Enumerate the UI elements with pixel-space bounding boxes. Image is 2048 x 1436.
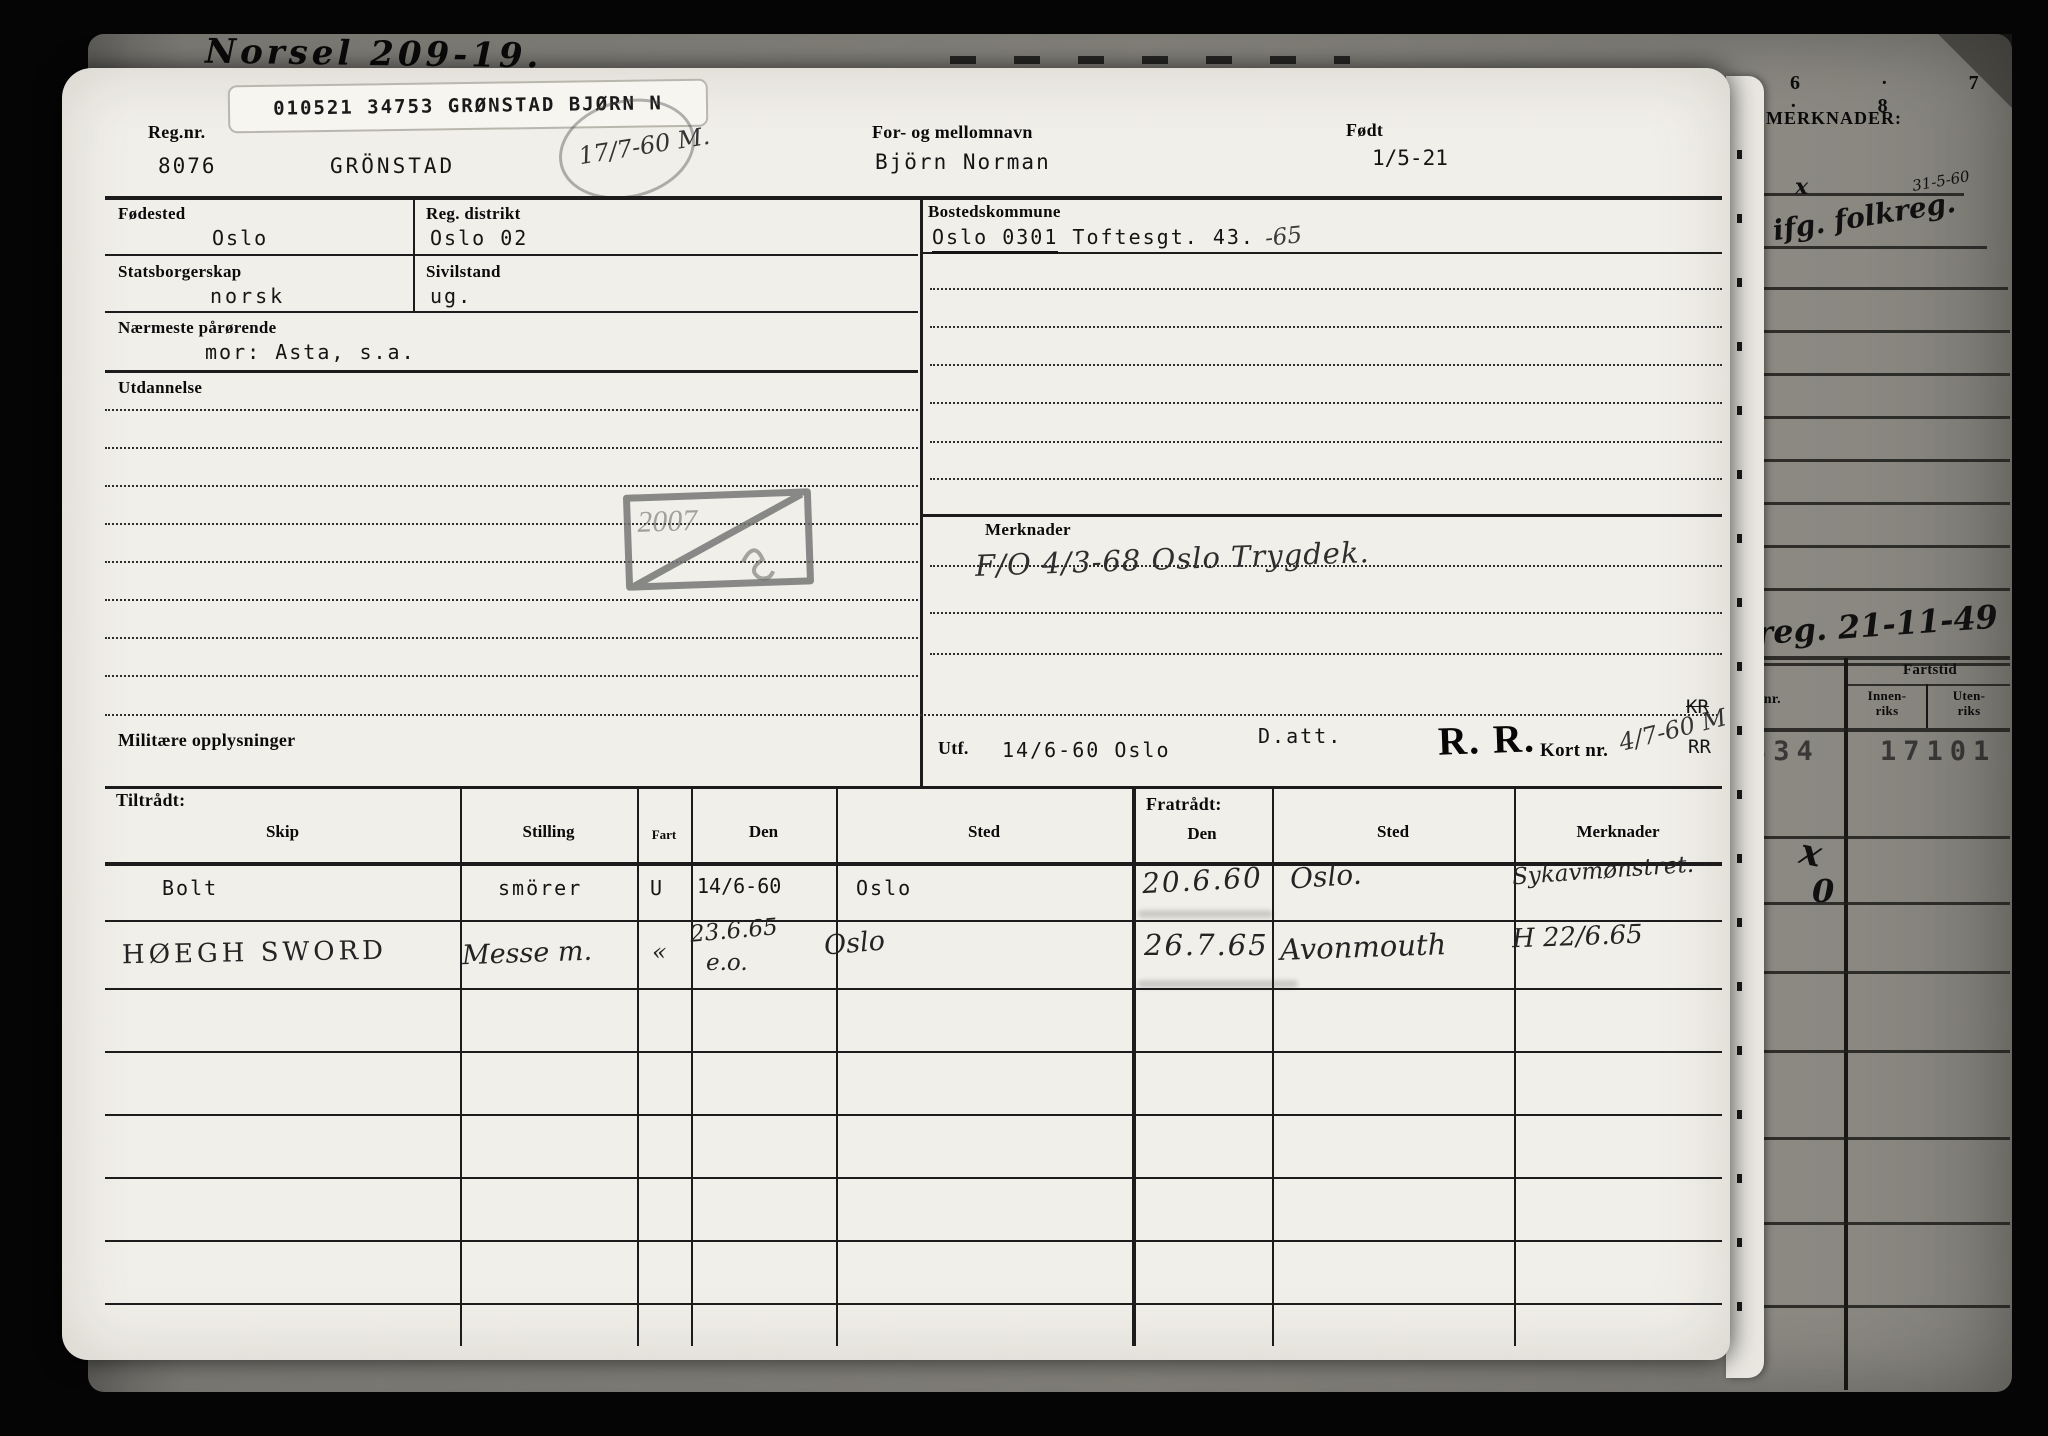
grid-line — [1926, 684, 1928, 728]
born-label: Født — [1346, 120, 1383, 141]
col-header-fratradt-den: Den — [1132, 824, 1272, 844]
table-row-line — [105, 1303, 1722, 1305]
col-header-stilling: Stilling — [460, 822, 637, 842]
pencil-smudge — [1138, 910, 1273, 918]
innenriks-label: Innen- riks — [1852, 688, 1922, 718]
row1-den: 14/6-60 — [697, 874, 781, 898]
datt-label: D.att. — [1258, 724, 1342, 748]
col-header-den: Den — [691, 822, 836, 842]
row1-skip: Bolt — [162, 876, 218, 900]
col-header-merknader: Merknader — [1514, 822, 1722, 842]
bosted-value-underlined: Oslo 0301 — [932, 225, 1058, 254]
ruled-line — [105, 311, 918, 313]
ruled-line — [105, 370, 918, 373]
stamped-number-right: 17101 — [1880, 736, 1996, 767]
ruled-line — [930, 612, 1722, 614]
utf-value: 14/6-60 Oslo — [1002, 738, 1171, 762]
ruled-line — [1848, 684, 2010, 686]
middle-card-edge-dashes — [1737, 150, 1742, 1340]
ruled-line — [1758, 545, 2010, 548]
rr-note: RR — [1688, 736, 1711, 758]
grid-line — [1758, 1137, 2010, 1140]
reg-distrikt-label: Reg. distrikt — [426, 204, 521, 224]
ruled-line — [930, 364, 1722, 366]
row2-sted: Oslo — [823, 925, 886, 961]
ruled-line — [1748, 728, 2010, 732]
scanned-register-card: Norsel 209-19. 6 · 7 · 8 MERKNADER: x 31… — [0, 0, 2048, 1436]
fratradt-label: Fratrådt: — [1146, 794, 1222, 815]
row1-stilling: smörer — [498, 876, 582, 900]
table-row-line — [105, 1114, 1722, 1116]
born-value: 1/5-21 — [1372, 146, 1448, 170]
grid-line — [1758, 971, 2010, 974]
ruled-line — [1758, 459, 2010, 462]
table-grid-line — [460, 786, 462, 1346]
fartstid-label: Fartstid — [1852, 662, 2008, 679]
row1-fratradt-den: 20.6.60 — [1141, 861, 1263, 900]
table-grid-line — [1272, 786, 1274, 1346]
pencil-smudge — [1138, 980, 1298, 988]
sivilstand-value: ug. — [430, 284, 472, 308]
row2-fratradt-sted: Avonmouth — [1279, 927, 1446, 967]
table-grid-line — [1132, 786, 1136, 1346]
row2-merknader: H 22/6.65 — [1512, 920, 1644, 955]
ruled-line — [930, 402, 1722, 404]
innenriks-line2: riks — [1876, 703, 1899, 718]
ruled-line — [1758, 836, 2010, 839]
table-grid-line — [836, 786, 838, 1346]
section-line — [105, 196, 1722, 200]
ruled-line — [1748, 656, 2010, 660]
utenriks-line2: riks — [1958, 703, 1981, 718]
surname-value: GRÖNSTAD — [330, 154, 455, 178]
ruled-line — [1758, 416, 2010, 419]
row2-den2: e.o. — [706, 950, 748, 976]
tiltradt-label: Tiltrådt: — [116, 790, 185, 811]
forname-value: Björn Norman — [875, 150, 1051, 174]
row1-sted: Oslo — [856, 876, 912, 900]
ruled-line — [105, 675, 918, 677]
kr-note: KR — [1686, 696, 1709, 718]
bosted-label: Bostedskommune — [928, 202, 1061, 222]
ruled-line — [930, 478, 1722, 480]
ruled-line — [1758, 373, 2010, 376]
ruled-line — [105, 254, 918, 256]
ruled-line — [105, 637, 918, 639]
rr-stamp: R. R. — [1437, 714, 1536, 764]
ruled-line — [105, 409, 918, 411]
ruled-line — [1758, 330, 2010, 333]
ruled-line — [1758, 502, 2010, 505]
background-hand-x: x — [1795, 174, 1808, 200]
row2-skip: HØEGH SWORD — [122, 936, 387, 971]
middle-card-edge — [1726, 76, 1764, 1378]
pencil-box-note: 2007 — [637, 504, 700, 539]
innenriks-line1: Innen- — [1868, 688, 1907, 703]
merknader-label: Merknader — [985, 520, 1071, 540]
grid-line — [1844, 658, 1848, 1390]
grid-line — [1758, 1222, 2010, 1225]
bosted-value: Oslo 0301 Toftesgt. 43. -65 — [932, 224, 1302, 250]
background-merknader-header: MERKNADER: — [1766, 108, 1902, 129]
fodested-label: Fødested — [118, 204, 186, 224]
row2-fart: « — [652, 938, 667, 966]
table-top-line — [105, 786, 1722, 789]
table-grid-line — [637, 786, 639, 1346]
reg-distrikt-value: Oslo 02 — [430, 226, 528, 250]
table-row-line — [105, 988, 1722, 990]
utdannelse-label: Utdannelse — [118, 378, 202, 398]
kort-nr-label: Kort nr. — [1540, 740, 1608, 762]
col-header-fart: Fart — [637, 827, 691, 843]
ruled-line — [1762, 246, 1987, 249]
column-divider — [920, 196, 923, 786]
row1-fratradt-sted: Oslo. — [1289, 858, 1363, 896]
col-header-sted: Sted — [836, 822, 1132, 842]
reg-number-value: 8076 — [158, 154, 217, 178]
row2-fratradt-den: 26.7.65 — [1144, 928, 1269, 962]
top-edge-ink-dashes — [950, 56, 1350, 64]
section-line — [920, 514, 1722, 517]
ruled-line — [105, 447, 918, 449]
col-header-fratradt-sted: Sted — [1272, 822, 1514, 842]
grid-line — [1758, 902, 2010, 905]
ruled-line — [930, 653, 1722, 655]
utf-label: Utf. — [938, 738, 969, 759]
utenriks-line1: Uten- — [1953, 688, 1986, 703]
table-row-line — [105, 1177, 1722, 1179]
militare-label: Militære opplysninger — [118, 730, 295, 751]
ruled-line — [930, 288, 1722, 290]
utenriks-label: Uten- riks — [1934, 688, 2004, 718]
table-row-line — [105, 920, 1722, 922]
ruled-line — [1758, 588, 2010, 591]
fodested-value: Oslo — [212, 226, 268, 250]
col-header-skip: Skip — [105, 822, 460, 842]
ruled-line — [930, 441, 1722, 443]
ruled-line — [1762, 287, 2008, 290]
bosted-value-rest: Toftesgt. 43. — [1058, 225, 1255, 249]
ruled-line — [930, 326, 1722, 328]
statsborgerskap-value: norsk — [210, 284, 285, 308]
row1-fart: U — [650, 876, 662, 900]
table-row-line — [105, 1051, 1722, 1053]
grid-line — [1758, 1050, 2010, 1053]
sivilstand-label: Sivilstand — [426, 262, 501, 282]
parorende-value: mor: Asta, s.a. — [205, 340, 416, 364]
ruled-line — [105, 599, 918, 601]
reg-nr-label: Reg.nr. — [148, 122, 205, 143]
table-row-line — [105, 1240, 1722, 1242]
table-header-line — [105, 862, 1722, 866]
pencil-box-annotation: 2007 — [620, 484, 820, 597]
statsborgerskap-label: Statsborgerskap — [118, 262, 242, 282]
grid-line — [1758, 1305, 2010, 1308]
parorende-label: Nærmeste pårørende — [118, 318, 277, 338]
bosted-value-handwritten: -65 — [1264, 222, 1304, 252]
row2-stilling: Messe m. — [461, 936, 592, 972]
forname-label: For- og mellomnavn — [872, 122, 1033, 143]
table-grid-line — [691, 786, 693, 1346]
